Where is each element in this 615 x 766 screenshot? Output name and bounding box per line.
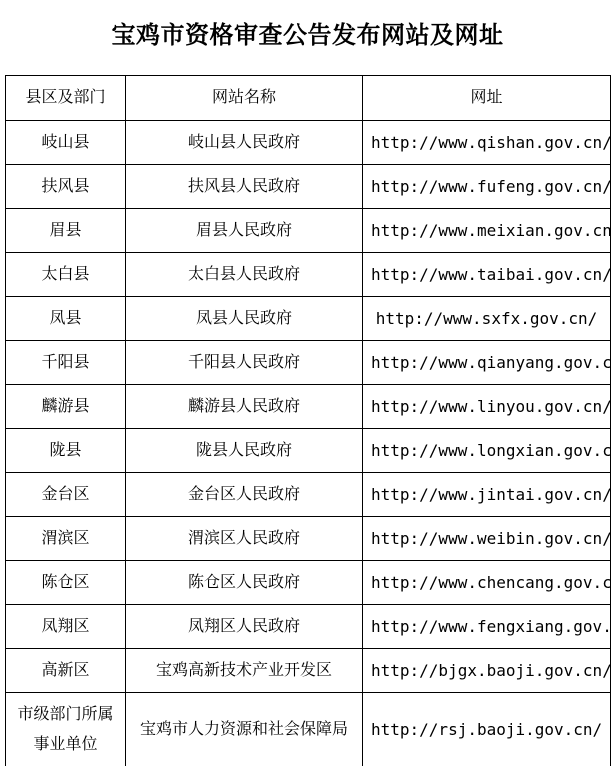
site-name-cell: 渭滨区人民政府 (126, 517, 363, 561)
department-cell: 高新区 (6, 649, 126, 693)
url-cell: http://www.taibai.gov.cn/ (363, 253, 611, 297)
url-cell: http://www.jintai.gov.cn/ (363, 473, 611, 517)
department-cell: 陇县 (6, 429, 126, 473)
table-row: 太白县 太白县人民政府 http://www.taibai.gov.cn/ (6, 253, 611, 297)
site-name-cell: 千阳县人民政府 (126, 341, 363, 385)
site-name-cell: 宝鸡高新技术产业开发区 (126, 649, 363, 693)
url-cell: http://www.chencang.gov.cn/ (363, 561, 611, 605)
col-header-url: 网址 (363, 76, 611, 121)
table-row: 麟游县 麟游县人民政府 http://www.linyou.gov.cn/ (6, 385, 611, 429)
table-row: 渭滨区 渭滨区人民政府 http://www.weibin.gov.cn/ (6, 517, 611, 561)
url-cell: http://www.sxfx.gov.cn/ (363, 297, 611, 341)
site-name-cell: 麟游县人民政府 (126, 385, 363, 429)
url-cell: http://www.fufeng.gov.cn/ (363, 165, 611, 209)
department-cell: 眉县 (6, 209, 126, 253)
table-row: 千阳县 千阳县人民政府 http://www.qianyang.gov.cn/ (6, 341, 611, 385)
department-cell: 千阳县 (6, 341, 126, 385)
url-cell: http://www.linyou.gov.cn/ (363, 385, 611, 429)
site-name-cell: 扶风县人民政府 (126, 165, 363, 209)
table-header-row: 县区及部门 网站名称 网址 (6, 76, 611, 121)
url-cell: http://bjgx.baoji.gov.cn/ (363, 649, 611, 693)
site-name-cell: 陈仓区人民政府 (126, 561, 363, 605)
site-name-cell: 陇县人民政府 (126, 429, 363, 473)
url-cell: http://www.fengxiang.gov.cn/ (363, 605, 611, 649)
col-header-site-name: 网站名称 (126, 76, 363, 121)
url-cell: http://www.qianyang.gov.cn/ (363, 341, 611, 385)
table-row: 市级部门所属事业单位 宝鸡市人力资源和社会保障局 http://rsj.baoj… (6, 693, 611, 766)
table-row: 眉县 眉县人民政府 http://www.meixian.gov.cn/ (6, 209, 611, 253)
table-row: 岐山县 岐山县人民政府 http://www.qishan.gov.cn/ (6, 121, 611, 165)
col-header-department: 县区及部门 (6, 76, 126, 121)
table-row: 扶风县 扶风县人民政府 http://www.fufeng.gov.cn/ (6, 165, 611, 209)
websites-table: 县区及部门 网站名称 网址 岐山县 岐山县人民政府 http://www.qis… (5, 75, 611, 766)
department-cell: 陈仓区 (6, 561, 126, 605)
document-page: 宝鸡市资格审查公告发布网站及网址 县区及部门 网站名称 网址 岐山县 岐山县人民… (0, 0, 615, 766)
url-cell: http://www.meixian.gov.cn/ (363, 209, 611, 253)
site-name-cell: 宝鸡市人力资源和社会保障局 (126, 693, 363, 766)
table-row: 陇县 陇县人民政府 http://www.longxian.gov.cn/ (6, 429, 611, 473)
department-cell: 市级部门所属事业单位 (6, 693, 126, 766)
url-cell: http://www.longxian.gov.cn/ (363, 429, 611, 473)
department-cell: 麟游县 (6, 385, 126, 429)
site-name-cell: 凤县人民政府 (126, 297, 363, 341)
page-title: 宝鸡市资格审查公告发布网站及网址 (0, 0, 615, 53)
table-row: 高新区 宝鸡高新技术产业开发区 http://bjgx.baoji.gov.cn… (6, 649, 611, 693)
department-cell: 岐山县 (6, 121, 126, 165)
department-cell: 扶风县 (6, 165, 126, 209)
site-name-cell: 岐山县人民政府 (126, 121, 363, 165)
department-cell: 凤县 (6, 297, 126, 341)
table-row: 凤翔区 凤翔区人民政府 http://www.fengxiang.gov.cn/ (6, 605, 611, 649)
department-cell: 金台区 (6, 473, 126, 517)
site-name-cell: 眉县人民政府 (126, 209, 363, 253)
site-name-cell: 凤翔区人民政府 (126, 605, 363, 649)
table-row: 金台区 金台区人民政府 http://www.jintai.gov.cn/ (6, 473, 611, 517)
url-cell: http://www.qishan.gov.cn/ (363, 121, 611, 165)
url-cell: http://www.weibin.gov.cn/ (363, 517, 611, 561)
table-row: 陈仓区 陈仓区人民政府 http://www.chencang.gov.cn/ (6, 561, 611, 605)
department-cell: 太白县 (6, 253, 126, 297)
department-cell: 渭滨区 (6, 517, 126, 561)
url-cell: http://rsj.baoji.gov.cn/ (363, 693, 611, 766)
site-name-cell: 金台区人民政府 (126, 473, 363, 517)
site-name-cell: 太白县人民政府 (126, 253, 363, 297)
table-row: 凤县 凤县人民政府 http://www.sxfx.gov.cn/ (6, 297, 611, 341)
department-cell: 凤翔区 (6, 605, 126, 649)
